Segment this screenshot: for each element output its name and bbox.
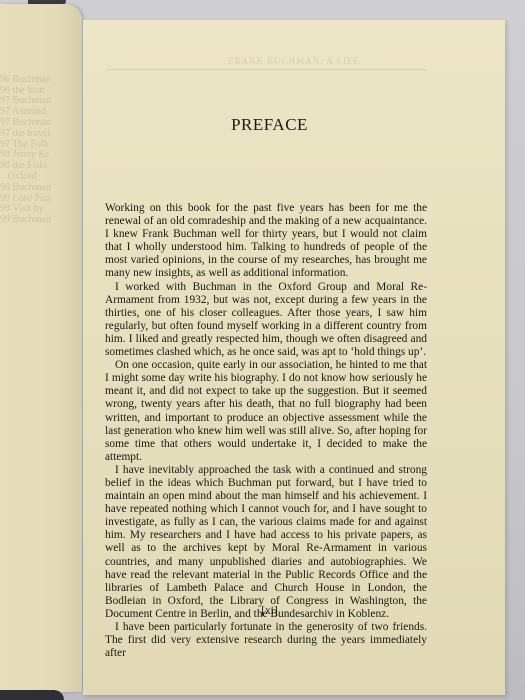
page-number: [xi]: [83, 605, 456, 617]
paragraph: I have been particularly fortunate in th…: [105, 621, 427, 660]
book-cover-edge-bottom: [0, 690, 64, 700]
page-title: PREFACE: [83, 115, 456, 135]
paragraph: On one occasion, quite early in our asso…: [105, 359, 427, 464]
bleed-through-rule: [107, 69, 427, 70]
paragraph: Working on this book for the past five y…: [105, 202, 427, 281]
bleed-through-running-header: FRANK BUCHMAN: A LIFE: [83, 56, 505, 66]
right-page: FRANK BUCHMAN: A LIFE PREFACE Working on…: [83, 20, 505, 695]
body-text: Working on this book for the past five y…: [105, 202, 427, 660]
paragraph: I worked with Buchman in the Oxford Grou…: [105, 281, 427, 360]
paragraph: I have inevitably approached the task wi…: [105, 464, 427, 621]
left-page: 96 Buchman 96 the boat 97 Buchman 97 Asm…: [0, 4, 82, 692]
left-page-bleed-text: 96 Buchman 96 the boat 97 Buchman 97 Asm…: [0, 64, 60, 226]
